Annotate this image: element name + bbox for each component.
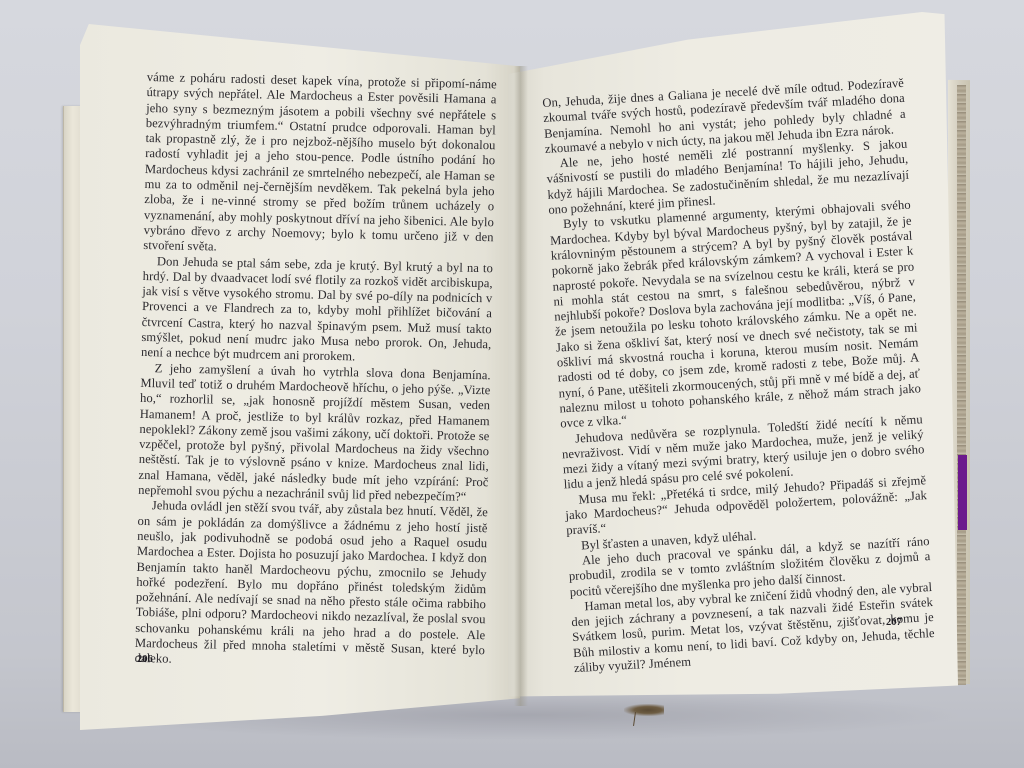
left-page-text: váme z poháru radosti deset kapek vína, … xyxy=(135,70,497,674)
paragraph: Jehuda ovládl jen stěží svou tvář, aby z… xyxy=(135,498,488,674)
paragraph: Byly to vskutku plamenné argumenty, kter… xyxy=(549,198,922,432)
photo-scene: váme z poháru radosti deset kapek vína, … xyxy=(0,0,1024,768)
paragraph: Z jeho zamyšlení a úvah ho vytrhla slova… xyxy=(138,361,491,506)
right-page-number: 207 xyxy=(886,617,902,628)
right-page-text: On, Jehuda, žije dnes a Galiana je necel… xyxy=(542,76,936,677)
left-page-number: 206 xyxy=(137,654,153,665)
bookmark-ribbon xyxy=(624,704,664,716)
paragraph: Don Jehuda se ptal sám sebe, zda je krut… xyxy=(141,254,493,368)
cover-purple-band xyxy=(958,455,967,530)
paragraph: váme z poháru radosti deset kapek vína, … xyxy=(143,70,497,261)
book-cover-edge xyxy=(957,85,966,685)
book-gutter xyxy=(514,66,528,706)
